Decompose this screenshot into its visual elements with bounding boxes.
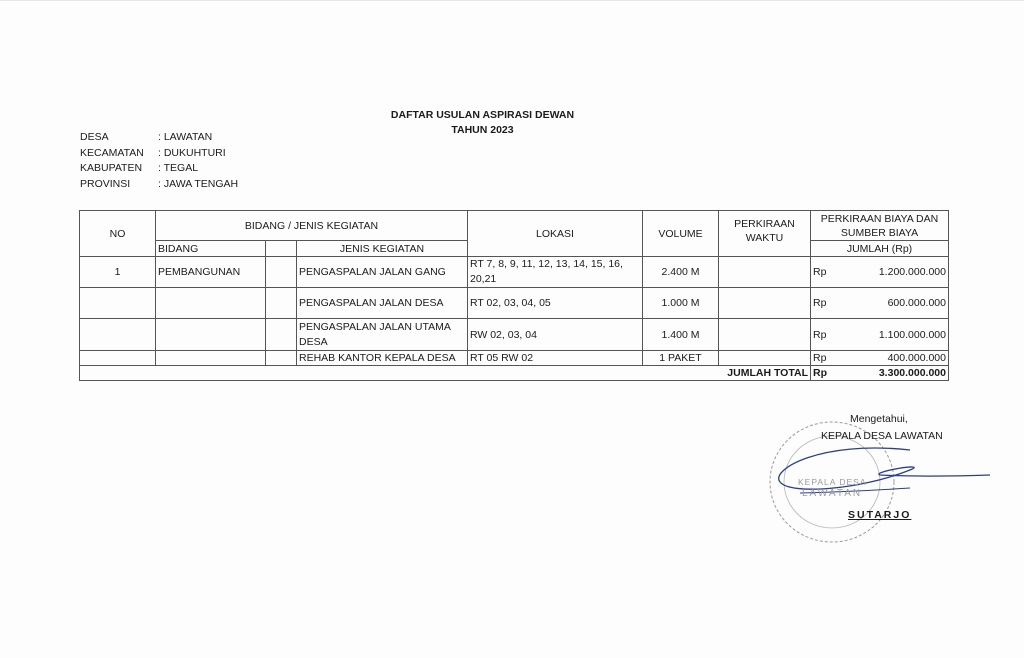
signer-position: KEPALA DESA LAWATAN <box>821 430 943 442</box>
location-info: DESA: LAWATAN KECAMATAN: DUKUHTURI KABUP… <box>80 131 238 193</box>
header-waktu: PERKIRAAN WAKTU <box>719 211 811 257</box>
table-row: 1 PEMBANGUNAN PENGASPALAN JALAN GANG RT … <box>80 257 949 288</box>
header-biaya: PERKIRAAN BIAYA DAN SUMBER BIAYA <box>811 211 949 241</box>
info-row: DESA: LAWATAN <box>80 131 238 147</box>
header-blank <box>266 241 297 257</box>
header-jenis: JENIS KEGIATAN <box>297 241 468 257</box>
info-row: PROVINSI: JAWA TENGAH <box>80 178 238 194</box>
header-lokasi: LOKASI <box>468 211 643 257</box>
page-edge <box>0 0 1024 1</box>
stamp-text: LAWATAN <box>802 488 862 499</box>
header-volume: VOLUME <box>643 211 719 257</box>
total-label: JUMLAH TOTAL <box>80 366 811 381</box>
acknowledged-label: Mengetahui, <box>850 413 908 425</box>
stamp-text: KEPALA DESA <box>798 477 866 487</box>
table-row: REHAB KANTOR KEPALA DESA RT 05 RW 02 1 P… <box>80 351 949 366</box>
info-row: KABUPATEN: TEGAL <box>80 162 238 178</box>
proposal-table: NO BIDANG / JENIS KEGIATAN LOKASI VOLUME… <box>79 210 949 381</box>
header-no: NO <box>80 211 156 257</box>
signer-name: SUTARJO <box>848 509 911 521</box>
table-row: PENGASPALAN JALAN UTAMA DESA RW 02, 03, … <box>80 319 949 351</box>
header-bidang: BIDANG <box>156 241 266 257</box>
header-jumlah: JUMLAH (Rp) <box>811 241 949 257</box>
info-row: KECAMATAN: DUKUHTURI <box>80 147 238 163</box>
total-row: JUMLAH TOTAL Rp3.300.000.000 <box>80 366 949 381</box>
table-row: PENGASPALAN JALAN DESA RT 02, 03, 04, 05… <box>80 288 949 319</box>
total-value: 3.300.000.000 <box>879 367 946 379</box>
header-bidang-jenis: BIDANG / JENIS KEGIATAN <box>156 211 468 241</box>
document-title: DAFTAR USULAN ASPIRASI DEWAN <box>0 109 965 121</box>
signature-block: KEPALA DESA LAWATAN Mengetahui, KEPALA D… <box>760 400 1000 550</box>
